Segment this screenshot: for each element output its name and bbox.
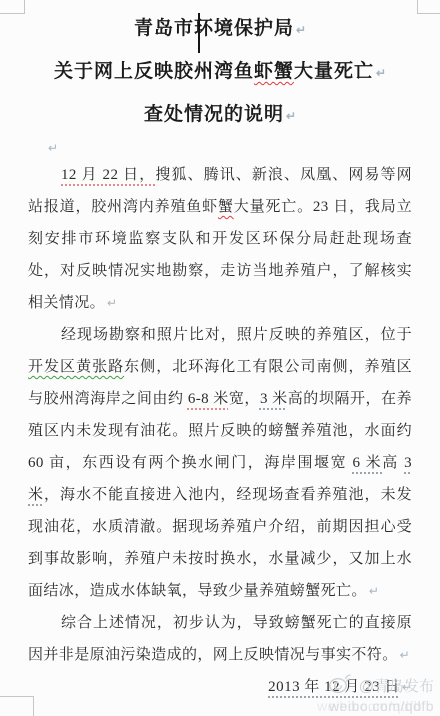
paragraph-mark: ↵ — [400, 648, 410, 662]
text-segment: 宽， — [229, 391, 260, 407]
weibo-logo-icon — [327, 672, 355, 698]
paragraph-mark: ↵ — [296, 23, 306, 37]
title-line: 青岛市环境保护局↵ — [28, 8, 412, 51]
text-segment: 高 — [382, 455, 404, 471]
weibo-url: weibo.com/qdfb — [327, 698, 434, 714]
text-segment: 经现场勘察和照片比对，照片反映的养殖区，位于 — [61, 327, 412, 343]
text-boundary-corner-top-right — [417, 0, 440, 14]
paragraph-mark: ↵ — [286, 109, 296, 123]
text-segment: 大量死亡 — [294, 61, 374, 82]
paragraph-mark: ↵ — [376, 66, 386, 80]
text-segment: 关于网上反映胶州湾鱼 — [54, 61, 254, 82]
title-line: 关于网上反映胶州湾鱼虾蟹大量死亡↵ — [28, 51, 412, 94]
text-segment: 3 米 — [260, 391, 288, 407]
body-paragraph: 综合上述情况，初步认为，导致螃蟹死亡的直接原因并非是原油污染造成的，网上反映情况… — [28, 607, 412, 671]
title-line: 查处情况的说明↵ — [28, 94, 412, 137]
text-segment: 青岛市环境保护局 — [134, 18, 294, 39]
text-segment: 蟹 — [218, 199, 234, 215]
document-text-area[interactable]: 青岛市环境保护局↵关于网上反映胶州湾鱼虾蟹大量死亡↵查处情况的说明↵ ↵ 12 … — [28, 8, 412, 704]
text-segment: 综合上述情况，初步认为，导致螃蟹死亡的直接原因并非是原油污染造成的，网上反映情况… — [28, 615, 412, 663]
text-segment: 开发区黄张路 — [28, 359, 124, 375]
paragraph-mark: ↵ — [107, 296, 117, 310]
word-document-page: 青岛市环境保护局↵关于网上反映胶州湾鱼虾蟹大量死亡↵查处情况的说明↵ ↵ 12 … — [0, 0, 440, 716]
text-segment: ，海水不能直接进入池内，经现场查看养殖池，未发现油花，水质清澈。据现场养殖户介绍… — [28, 487, 412, 599]
weibo-handle: @青岛发布 — [359, 675, 434, 696]
text-segment: 虾蟹 — [254, 61, 294, 82]
text-cursor — [198, 13, 200, 53]
text-segment: 查处情况的说明 — [144, 104, 284, 125]
text-segment: 12 月 22 日， — [61, 167, 155, 183]
text-segment: 6-8 米 — [188, 391, 229, 407]
weibo-handle-row: @青岛发布 — [327, 672, 434, 698]
paragraph-mark: ↵ — [48, 141, 58, 155]
paragraph-mark: ↵ — [369, 584, 379, 598]
body-paragraph: 经现场勘察和照片比对，照片反映的养殖区，位于开发区黄张路东侧，北环海化工有限公司… — [28, 319, 412, 607]
document-title: 青岛市环境保护局↵关于网上反映胶州湾鱼虾蟹大量死亡↵查处情况的说明↵ — [28, 8, 412, 137]
empty-paragraph: ↵ — [28, 137, 412, 159]
document-body: 12 月 22 日，搜狐、腾讯、新浪、凤凰、网易等网站报道，胶州湾内养殖鱼虾蟹大… — [28, 159, 412, 671]
body-paragraph: 12 月 22 日，搜狐、腾讯、新浪、凤凰、网易等网站报道，胶州湾内养殖鱼虾蟹大… — [28, 159, 412, 319]
weibo-watermark: @青岛发布 weibo.com/qdfb — [327, 672, 434, 714]
text-segment: 6 米 — [352, 455, 382, 471]
text-boundary-corner-top-left — [0, 0, 25, 14]
text-segment: 大量死亡。23 日，我局立刻安排市环境监察支队和开发区环保分局赶赴现场查处，对反… — [28, 199, 412, 311]
